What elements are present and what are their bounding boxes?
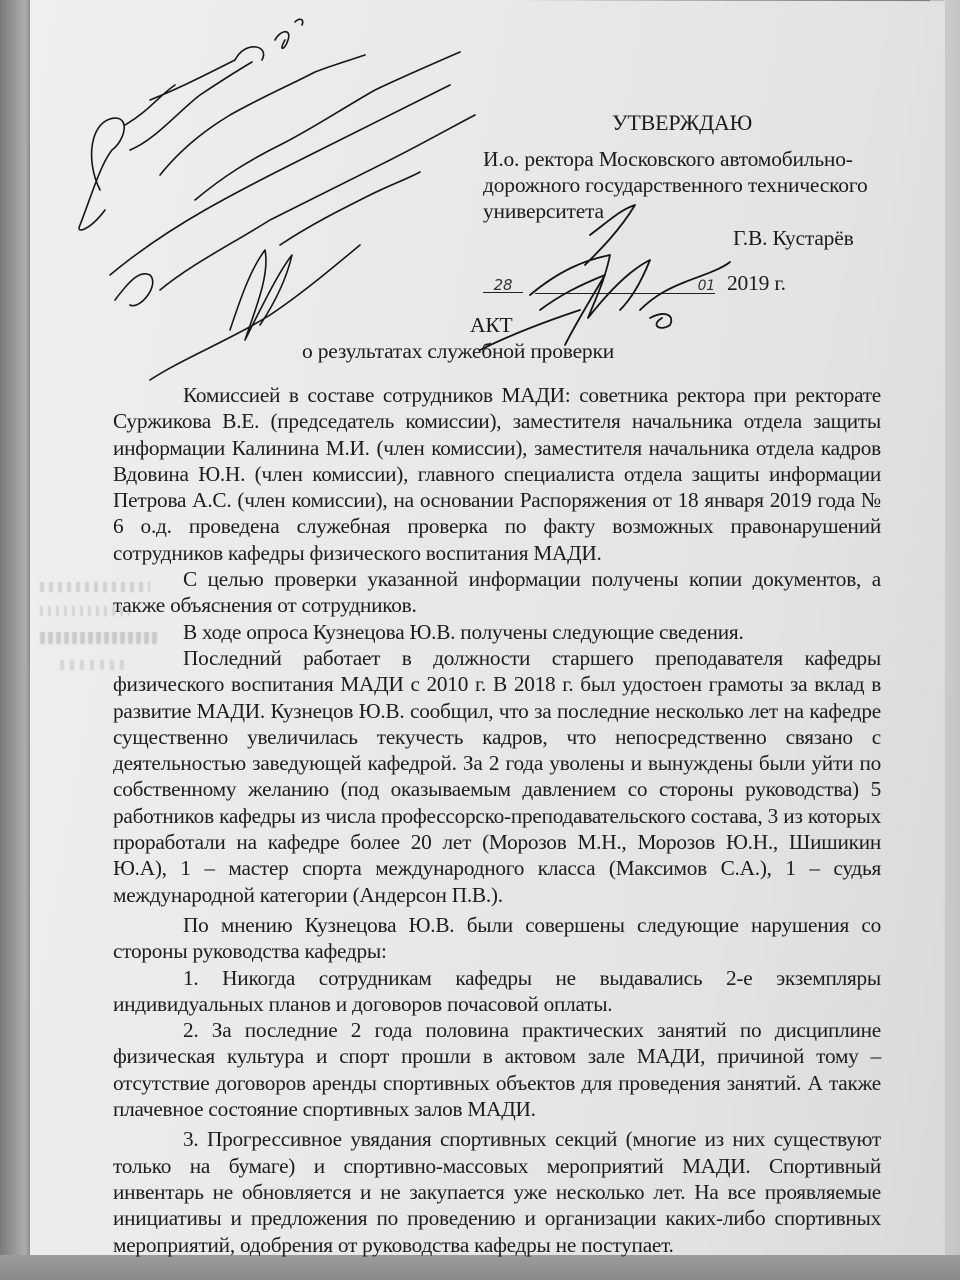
approval-signatory: Г.В. Кустарёв xyxy=(733,225,854,252)
document-title: АКТ xyxy=(470,312,512,339)
paragraph-purpose: С целью проверки указанной информации по… xyxy=(113,566,881,619)
background-surface-bottom xyxy=(0,1255,960,1280)
date-year: 2019 г. xyxy=(727,271,786,295)
paragraph-commission: Комиссией в составе сотрудников МАДИ: со… xyxy=(113,382,881,566)
background-surface xyxy=(0,0,34,1280)
violation-item-3: 3. Прогрессивное увядания спортивных сек… xyxy=(113,1126,881,1257)
document-subtitle: о результатах служебной проверки xyxy=(302,338,614,365)
violation-item-2: 2. За последние 2 года половина практиче… xyxy=(113,1017,881,1122)
approval-heading: УТВЕРЖДАЮ xyxy=(612,110,752,137)
paragraph-interview: В ходе опроса Кузнецова Ю.В. получены сл… xyxy=(113,619,881,645)
document-body: Комиссией в составе сотрудников МАДИ: со… xyxy=(113,382,881,1258)
violation-item-1: 1. Никогда сотрудникам кафедры не выдава… xyxy=(113,965,881,1018)
paragraph-testimony: Последний работает в должности старшего … xyxy=(113,645,881,908)
paragraph-violations-intro: По мнению Кузнецова Ю.В. были совершены … xyxy=(113,912,881,965)
